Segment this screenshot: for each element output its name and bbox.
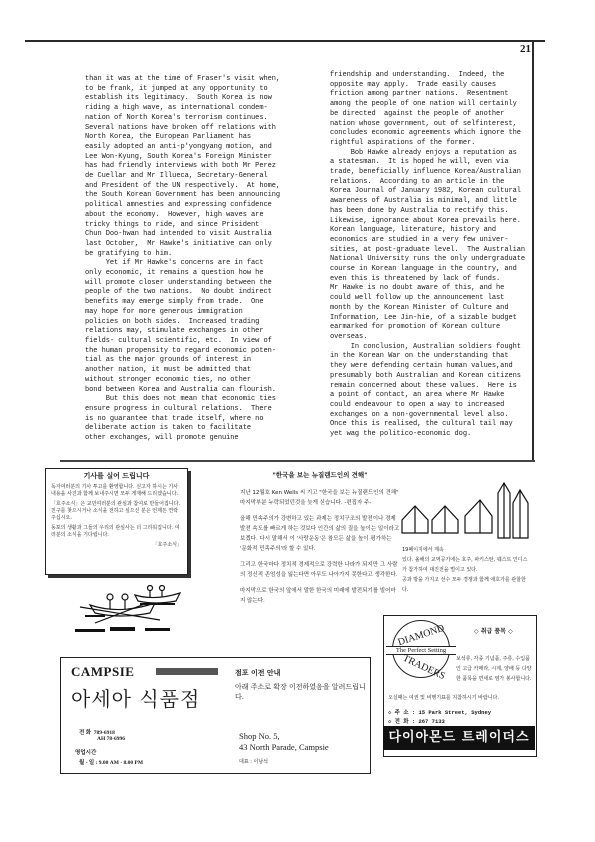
article-line: will promote closer understanding betwee… xyxy=(85,279,280,289)
article-line: has been done by Australia to rectify th… xyxy=(330,207,525,217)
store-relocation-notice: 점포 이전 안내 아래 주소로 확장 이전하였음을 알려드립니다. Shop N… xyxy=(225,657,371,774)
article-line: could well follow up the announcement la… xyxy=(330,294,525,304)
article-line: relations may, stimulate exchanges in ot… xyxy=(85,327,280,337)
article-line: even this is threatened by lack of funds… xyxy=(330,275,525,285)
visitor-note: 오실때는 여권 및 비행기표를 지참하시기 바랍니다. xyxy=(388,694,532,701)
article-bottom-rule xyxy=(60,460,535,462)
article-line: But this does not mean that economic tie… xyxy=(85,395,280,405)
korean-article-paragraph: 지난 12월호 Ken Wells 씨 기고 "한국을 보는 뉴질랜드인의 견해… xyxy=(240,488,400,508)
notice-title: 기사를 실어 드립니다 xyxy=(51,473,182,480)
tents-illustration xyxy=(400,478,530,548)
article-line: other exchanges, will promote genuine xyxy=(85,434,280,444)
article-line: they were defending certain human values… xyxy=(330,362,525,372)
article-line: Korean language, literature, history and xyxy=(330,226,525,236)
korean-article-paragraph: 올해 민속주의가 강변하고 있는 과제는 정치구조의 발전이나 경제발전 속도를… xyxy=(240,514,400,554)
article-line: another nation, it must be admitted that xyxy=(85,366,280,376)
address-line: 43 North Parade, Campsie xyxy=(239,742,329,753)
article-line: fields- cultural scientific, etc. In vie… xyxy=(85,337,280,347)
article-line: deliberate action is taken to facilitate xyxy=(85,424,280,434)
article-line: Several nations have broken off relation… xyxy=(85,124,280,134)
article-line: the human propensity to regard economic … xyxy=(85,347,280,357)
article-line: about the economy. However, high waves a… xyxy=(85,211,280,221)
business-hours: 월 - 일 : 9.00 AM - 8.00 PM xyxy=(79,758,143,766)
article-line: policies on both sides. Increased tradin… xyxy=(85,318,280,328)
article-line: presumably both Australian and Korean ci… xyxy=(330,372,525,382)
top-rule xyxy=(25,40,545,42)
campsie-name-ko: 아세아 식품점 xyxy=(71,683,200,712)
article-line: overseas. xyxy=(330,333,525,343)
article-line: In conclusion, Australian soldiers fough… xyxy=(330,343,525,353)
article-line: a point of contact, an area where Mr Haw… xyxy=(330,391,525,401)
hours-label: 영업시간 xyxy=(75,748,96,756)
article-line: National University runs the only underg… xyxy=(330,255,525,265)
phone-after-hours: AH 78-6996 xyxy=(97,736,125,742)
article-line: Bob Hawke already enjoys a reputation as xyxy=(330,149,525,159)
article-line: Chun Doo-hwan had intended to visit Aust… xyxy=(85,230,280,240)
notice-signature: 「호주소식」 xyxy=(51,542,182,549)
article-line: has had friendly interviews with both Mr… xyxy=(85,162,280,172)
article-line: Yet if Mr Hawke's concerns are in fact xyxy=(85,259,280,269)
article-line: is no guarantee that trade itself, where… xyxy=(85,415,280,425)
article-line: awareness of Australia is minimal, and l… xyxy=(330,197,525,207)
relocation-body: 아래 주소로 확장 이전하였음을 알려드립니다. xyxy=(235,682,370,702)
continued-label: 19페이지에서 계속 xyxy=(402,545,532,555)
rowing-boats-illustration xyxy=(70,585,190,640)
notice-paragraph: 「호주소식」은 교민여러분의 관심과 참여로 만들어집니다. 친구를 찾으시거나… xyxy=(51,501,182,522)
article-line: the South Korean Government has been ann… xyxy=(85,191,280,201)
logo-tagline: The Perfect Setting xyxy=(386,646,456,655)
article-line: last October, Mr Hawke's initiative can … xyxy=(85,240,280,250)
article-line: political amnesties and expressing confi… xyxy=(85,201,280,211)
article-line: opposite may apply. Trade easily causes xyxy=(330,81,525,91)
article-line: to be frank, it jumped at any opportunit… xyxy=(85,85,280,95)
submit-article-notice: 기사를 실어 드립니다 독자여러분의 기사 투고를 환영합니다. 싣고자 하시는… xyxy=(45,468,188,575)
article-line: establish its legitimacy. South Korea is… xyxy=(85,94,280,104)
article-line: concludes economic agreements which igno… xyxy=(330,129,525,139)
article-line: friendship and understanding. Indeed, th… xyxy=(330,71,525,81)
article-column-1: than it was at the time of Fraser's visi… xyxy=(85,75,280,444)
article-column-2: friendship and understanding. Indeed, th… xyxy=(330,71,525,440)
continued-paragraph: 있다. 올해의 교역공기에는 호주, 파키스탄, 웨스트 인디스 가 참가하여 … xyxy=(402,555,532,575)
decorative-bar xyxy=(156,668,218,675)
article-line: rightful aspirations of the former. xyxy=(330,139,525,149)
article-line: yet wag the politico-economic dog. xyxy=(330,430,525,440)
article-line: ensure progress in cultural relations. T… xyxy=(85,405,280,415)
article-line: tricky things to ride, and since Priside… xyxy=(85,221,280,231)
campsie-name-en: CAMPSIE xyxy=(71,664,134,680)
items-list: 보석류, 각종 기념품, 주류, 수입품인 고급 카메라, 시계, 양배 등 다… xyxy=(456,654,532,684)
article-line: trade, beneficially influence Korea/Aust… xyxy=(330,168,525,178)
notice-paragraph: 독자여러분의 기사 투고를 환영합니다. 싣고자 하시는 기사 내용을 사진과 … xyxy=(51,484,182,498)
article-line: a statesman. It is hoped he will, even v… xyxy=(330,158,525,168)
korean-article: "한국을 보는 뉴질랜드인의 견해" 지난 12월호 Ken Wells 씨 기… xyxy=(240,470,400,612)
article-line: bond between Korea and Australia can flo… xyxy=(85,386,280,396)
article-line: remain concerned about these values. Her… xyxy=(330,382,525,392)
diamond-traders-ad: DIAMOND The Perfect Setting TRADERS ◇ 취급… xyxy=(383,615,537,757)
article-line: than it was at the time of Fraser's visi… xyxy=(85,75,280,85)
right-rule xyxy=(532,40,534,460)
article-line: benefits may emerge simply from trade. O… xyxy=(85,298,280,308)
article-line: easily adopted an anti-p'yongyang motion… xyxy=(85,143,280,153)
article-line: may hope for more generous immigration xyxy=(85,308,280,318)
phone-row: 전 화 789-6918 xyxy=(79,728,115,736)
article-line: month by the Korean Minister of Culture … xyxy=(330,304,525,314)
article-line: Likewise, ignorance about Korea prevails… xyxy=(330,217,525,227)
diamond-traders-banner: 다이아몬드 트레이더스 xyxy=(383,726,535,750)
article-line: among the people of one nation will cert… xyxy=(330,100,525,110)
continued-paragraph: 공과 방을 가지고 선수 모두 경쟁과 함께 애호가를 관찰한다. xyxy=(402,575,532,595)
article-line: de Cuellar and Mr Illueca, Secretary-Gen… xyxy=(85,172,280,182)
article-line: Korea Journal of January 1982, Korean cu… xyxy=(330,187,525,197)
address-line: Shop No. 5, xyxy=(239,731,329,742)
relocation-title: 점포 이전 안내 xyxy=(235,668,280,678)
phone-label: 전 화 xyxy=(79,730,91,736)
article-line: nation whose government, out of selfinte… xyxy=(330,120,525,130)
article-line: relations. According to an article in th… xyxy=(330,178,525,188)
article-line: and President of the UN respectively. At… xyxy=(85,182,280,192)
article-line: earmarked for promotion of Korean cultur… xyxy=(330,323,525,333)
article-line: friction among partner nations. Resentme… xyxy=(330,90,525,100)
article-line: Information, Lee Jin-hie, of a sizable b… xyxy=(330,314,525,324)
continued-article: 19페이지에서 계속 있다. 올해의 교역공기에는 호주, 파키스탄, 웨스트 … xyxy=(402,545,532,595)
article-line: in the Korean War on the understanding t… xyxy=(330,352,525,362)
campsie-asia-food-ad: CAMPSIE 아세아 식품점 전 화 789-6918 AH 78-6996 … xyxy=(60,657,227,774)
article-line: Lee Won-Kyung, South Korea's Foreign Min… xyxy=(85,153,280,163)
items-title: ◇ 취급 품목 ◇ xyxy=(474,626,513,635)
article-line: Once this is realised, the cultural tail… xyxy=(330,420,525,430)
article-line: only economic, it remains a question how… xyxy=(85,269,280,279)
article-line: without stronger economic ties, no other xyxy=(85,376,280,386)
page-number: 21 xyxy=(520,43,531,55)
diamond-traders-logo: DIAMOND The Perfect Setting TRADERS xyxy=(389,620,453,690)
article-line: sities, at post-graduate level. The Aust… xyxy=(330,246,525,256)
article-line: course in Korean language in the country… xyxy=(330,265,525,275)
notice-paragraph: 동포의 생활과 그들의 우리의 관심사는 더 그리워집니다. 여러분의 소식을 … xyxy=(51,525,182,539)
article-line: people of the two nations. No doubt indi… xyxy=(85,288,280,298)
store-phone: ◇ 전 화 : 267 7133 xyxy=(388,717,445,725)
article-line: economics are studied in a very few univ… xyxy=(330,236,525,246)
representative: 대표 : 이남석 xyxy=(239,758,268,765)
store-address: ◇ 주 소 : 15 Park Street, Sydney xyxy=(388,708,491,716)
korean-article-paragraph: 그리고 한국마다 정치적 경제적으로 강력한 나라가 되지만 그 사람의 정신적… xyxy=(240,560,400,580)
korean-article-paragraph: 마지막으로 한국의 앞에서 말한 한국의 미래에 발전되기를 빌어마지 않는다. xyxy=(240,586,400,606)
store-address: Shop No. 5, 43 North Parade, Campsie xyxy=(239,731,329,753)
article-line: tial as the major grounds of interest in xyxy=(85,356,280,366)
article-line: be gratifying to him. xyxy=(85,250,280,260)
korean-article-title: "한국을 보는 뉴질랜드인의 견해" xyxy=(240,470,400,480)
article-line: exchanges on a non-governmental level al… xyxy=(330,411,525,421)
article-line: Mr Hawke is no doubt aware of this, and … xyxy=(330,284,525,294)
article-line: could endeavour to open a way to increas… xyxy=(330,401,525,411)
article-line: nation of North Korea's terrorism contin… xyxy=(85,114,280,124)
article-line: be directed against the people of anothe… xyxy=(330,110,525,120)
article-line: riding a high wave, as international con… xyxy=(85,104,280,114)
article-line: North Korea, the European Parliament has xyxy=(85,133,280,143)
